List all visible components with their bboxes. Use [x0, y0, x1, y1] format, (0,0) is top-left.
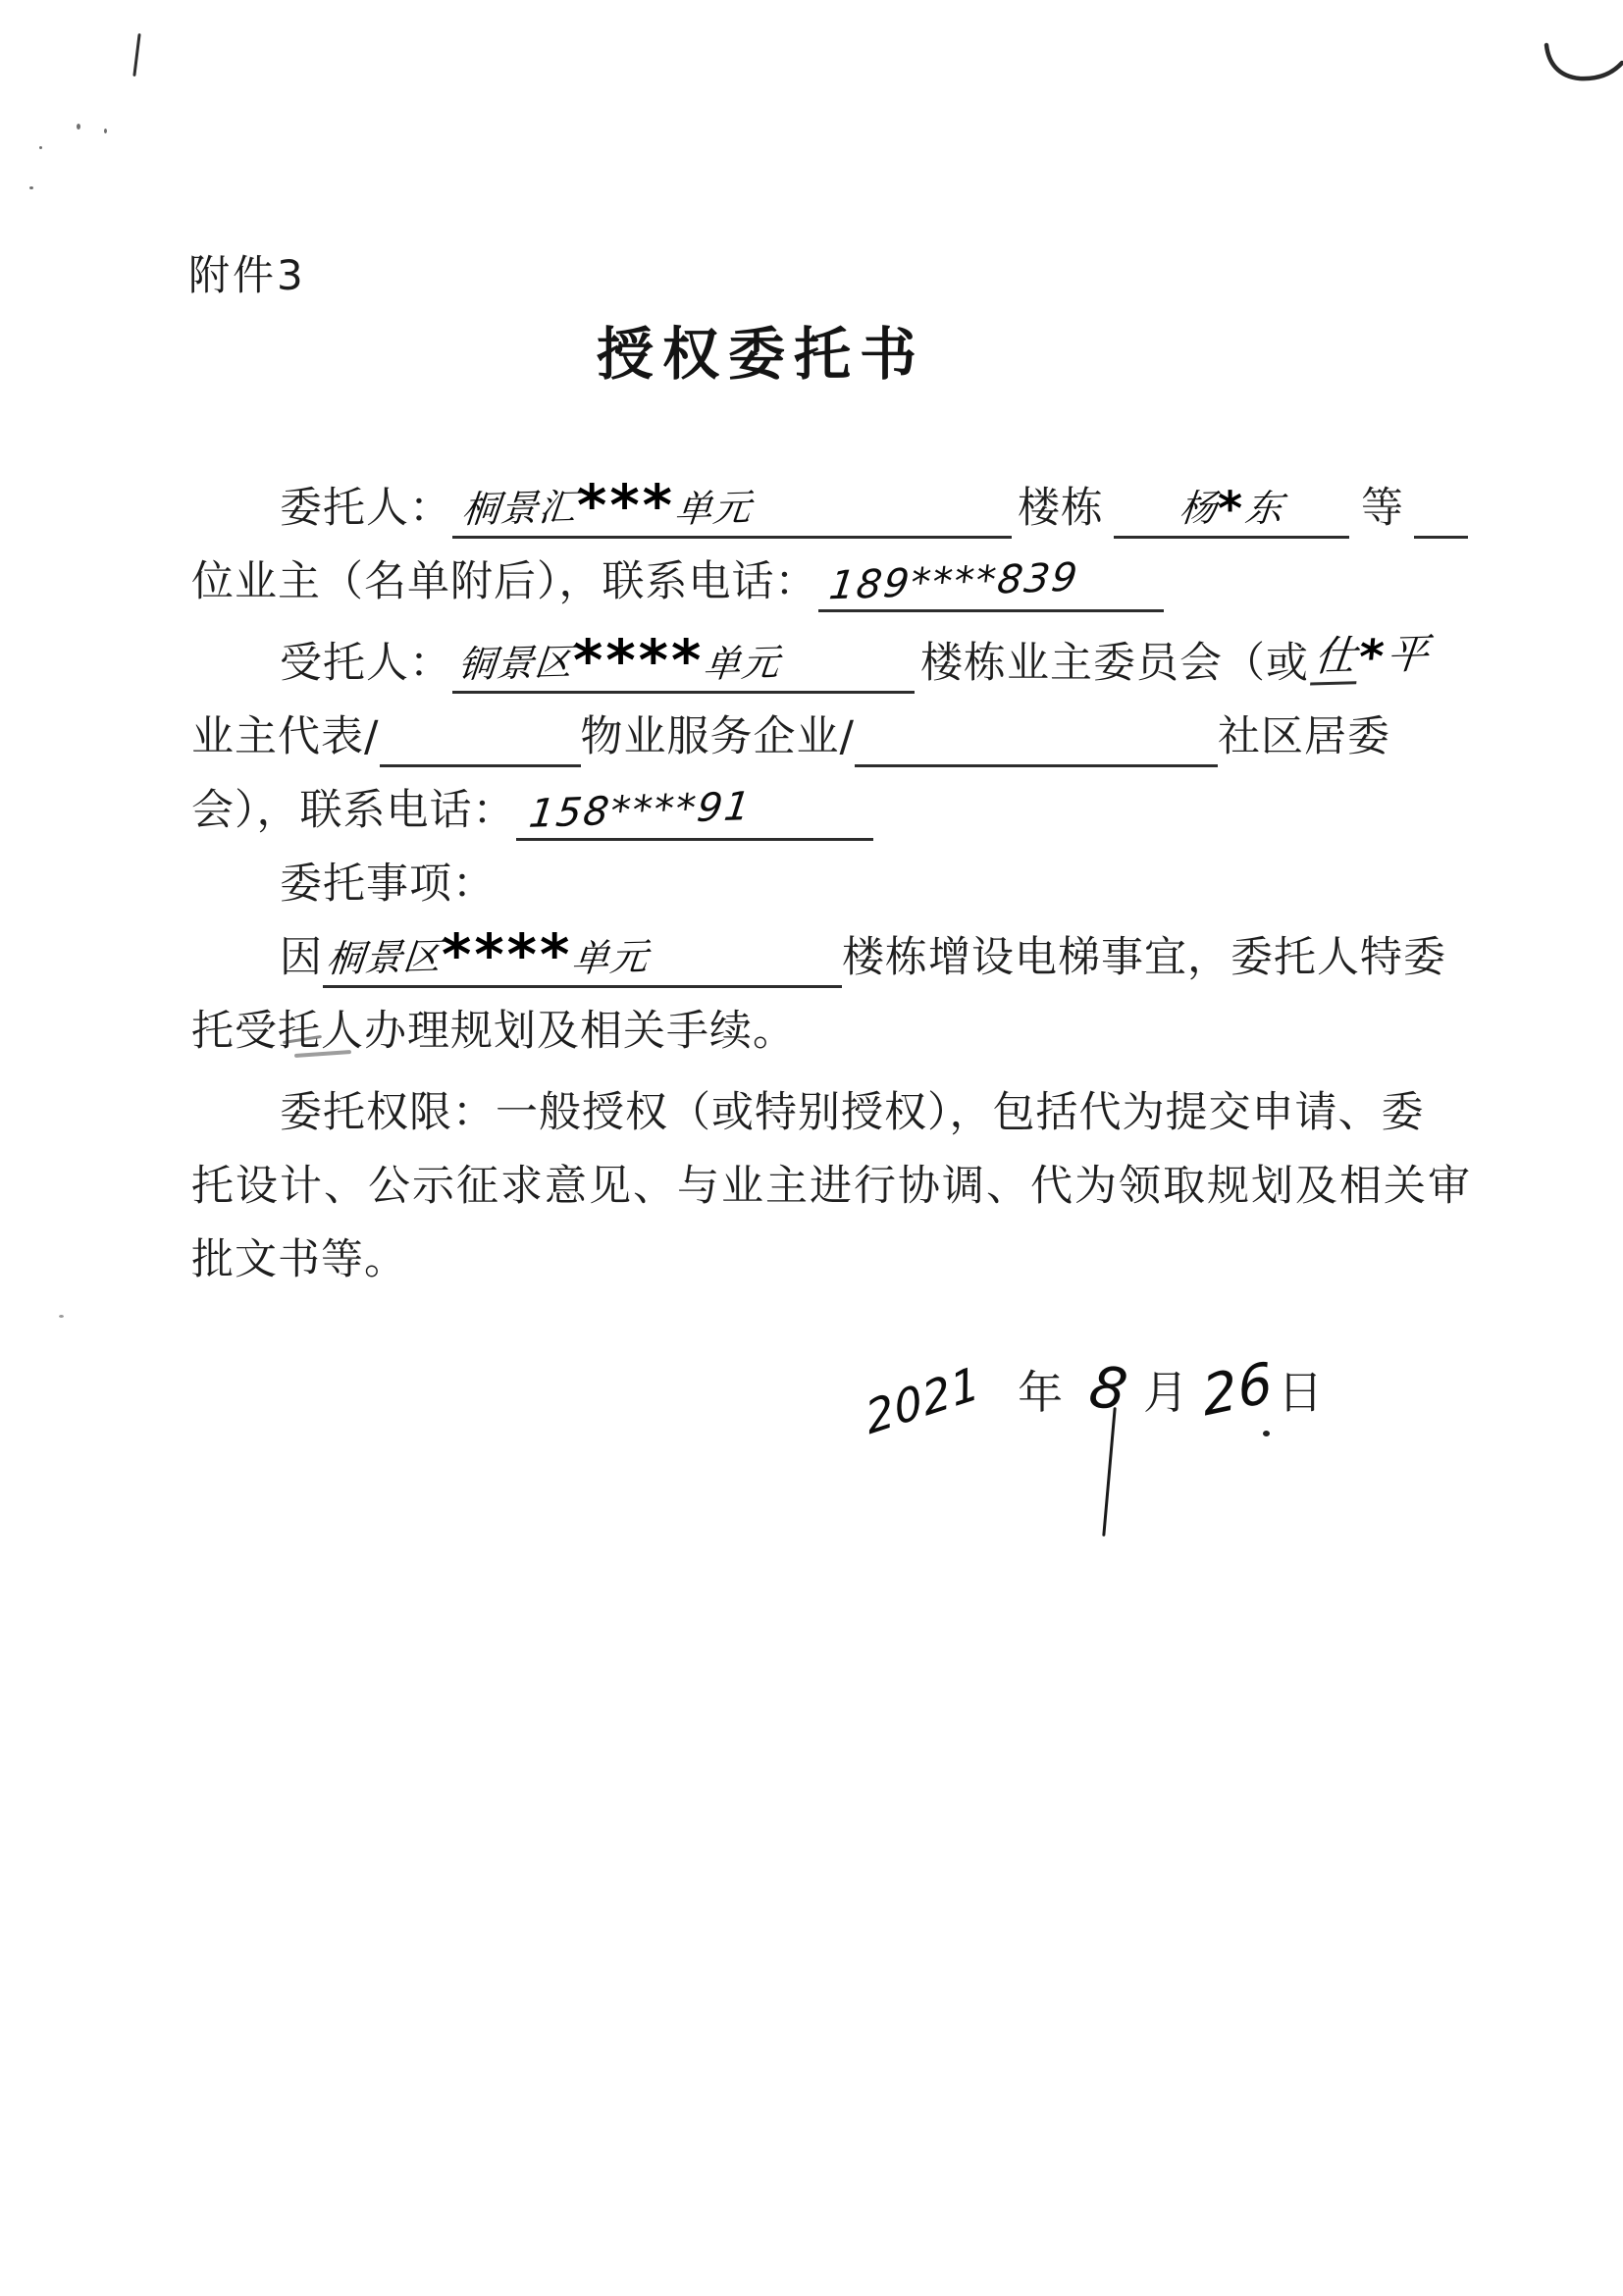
- trustee-name-handwriting-prefix: 铜景区: [455, 633, 576, 693]
- scan-stroke-artifact: [132, 33, 140, 77]
- principal-name-handwriting-prefix: 桐景汇: [459, 478, 580, 538]
- day-handwriting-wrap: 26: [1202, 1348, 1274, 1435]
- redaction-asterisk: *: [1218, 482, 1245, 537]
- cause-continuation-text: 托受托人办理规划及相关手续。: [191, 1007, 796, 1056]
- day-label: 日: [1278, 1366, 1323, 1419]
- principal-name-field: 桐景汇***单元: [452, 479, 1012, 539]
- redaction-asterisks: ***: [577, 472, 675, 539]
- scan-speck: [39, 146, 42, 149]
- authority-continuation-text: 托设计、公示征求意见、与业主进行协调、代为领取规划及相关审: [191, 1162, 1472, 1211]
- rep-handwriting-suffix: 平: [1385, 629, 1432, 678]
- trustee-phone-handwriting: 158****91: [525, 778, 755, 843]
- year-handwriting: 2021: [859, 1340, 986, 1461]
- owner-representative-label: 业主代表/: [191, 712, 380, 761]
- trustee-contact-text: 会），联系电话：: [191, 786, 516, 835]
- scan-curve-artifact: [1523, 41, 1623, 92]
- authority-continuation-line: 托设计、公示征求意见、与业主进行协调、代为领取规划及相关审: [191, 1156, 1472, 1217]
- matters-line: 委托事项：: [280, 854, 496, 914]
- cause-handwriting-suffix: 单元: [569, 928, 652, 987]
- cause-text: 楼栋增设电梯事宜，委托人特委: [842, 933, 1446, 982]
- attachment-label: 附件3: [188, 243, 306, 302]
- scanned-document-page: 附件3 授权委托书 委托人：桐景汇***单元楼栋杨*东等 位业主（名单附后），联…: [0, 0, 1623, 2296]
- year-label: 年: [1018, 1366, 1063, 1419]
- trustee-contact-line: 会），联系电话：158****91: [191, 780, 873, 841]
- building-handwriting-prefix: 杨: [1177, 479, 1221, 537]
- trustee-representative-handwriting: 仕*平: [1310, 623, 1432, 687]
- day-handwriting: 26: [1198, 1340, 1278, 1439]
- scan-speck: [29, 186, 33, 189]
- matters-label: 委托事项：: [280, 860, 496, 909]
- scan-speck: [59, 1315, 64, 1318]
- property-company-label: 物业服务企业/: [581, 712, 856, 761]
- trustee-name-handwriting-suffix: 单元: [701, 634, 783, 693]
- committee-text: 楼栋业主委员会（或: [920, 639, 1309, 688]
- document-title: 授权委托书: [597, 308, 925, 391]
- owner-representative-blank-field: [380, 707, 581, 767]
- community-label: 社区居委: [1218, 712, 1390, 761]
- month-handwriting: 8: [1083, 1345, 1135, 1433]
- cause-location-field: 桐景区****单元: [323, 928, 842, 988]
- property-company-blank-field: [855, 707, 1218, 767]
- scan-speck: [77, 124, 80, 130]
- authority-end-line: 批文书等。: [191, 1229, 407, 1290]
- principal-name-handwriting-suffix: 单元: [672, 479, 755, 538]
- cause-handwriting-prefix: 桐景区: [324, 927, 445, 987]
- trustee-phone-field: 158****91: [516, 781, 873, 841]
- authority-line: 委托权限：一般授权（或特别授权），包括代为提交申请、委: [280, 1082, 1425, 1143]
- etc-label: 等: [1361, 484, 1404, 533]
- rep-handwriting-prefix: 仕: [1310, 631, 1361, 685]
- trustee-label: 受托人：: [280, 639, 452, 688]
- owners-contact-text: 位业主（名单附后），联系电话：: [191, 557, 818, 606]
- cause-continuation-line: 托受托人办理规划及相关手续。: [191, 1001, 796, 1062]
- principal-label: 委托人：: [280, 484, 452, 533]
- redaction-asterisks: ****: [442, 921, 572, 988]
- principal-phone-handwriting: 189****839: [825, 549, 1081, 615]
- owners-contact-line: 位业主（名单附后），联系电话：189****839: [191, 551, 1164, 612]
- authority-end-text: 批文书等。: [191, 1235, 407, 1284]
- building-handwriting-suffix: 东: [1242, 479, 1286, 537]
- representative-line: 业主代表/物业服务企业/社区居委: [191, 706, 1390, 767]
- trustee-name-field: 铜景区****单元: [452, 634, 915, 694]
- date-line: 2021年8月26日: [864, 1346, 1323, 1431]
- month-handwriting-wrap: 8: [1090, 1346, 1127, 1435]
- month-label: 月: [1143, 1366, 1188, 1419]
- trailing-blank-field: [1414, 479, 1468, 539]
- authority-text: 委托权限：一般授权（或特别授权），包括代为提交申请、委: [280, 1088, 1425, 1137]
- redaction-asterisks: ****: [573, 627, 704, 694]
- cause-prefix: 因: [280, 933, 323, 982]
- building-label: 楼栋: [1018, 484, 1104, 533]
- principal-phone-field: 189****839: [818, 552, 1164, 612]
- building-number-field: 杨*东: [1114, 479, 1349, 539]
- scan-speck: [104, 129, 107, 133]
- pen-dot-artifact: [1263, 1431, 1270, 1436]
- cause-line: 因桐景区****单元楼栋增设电梯事宜，委托人特委: [280, 927, 1446, 988]
- principal-line: 委托人：桐景汇***单元楼栋杨*东等: [280, 478, 1468, 539]
- trustee-line: 受托人：铜景区****单元楼栋业主委员会（或仕*平: [280, 633, 1429, 694]
